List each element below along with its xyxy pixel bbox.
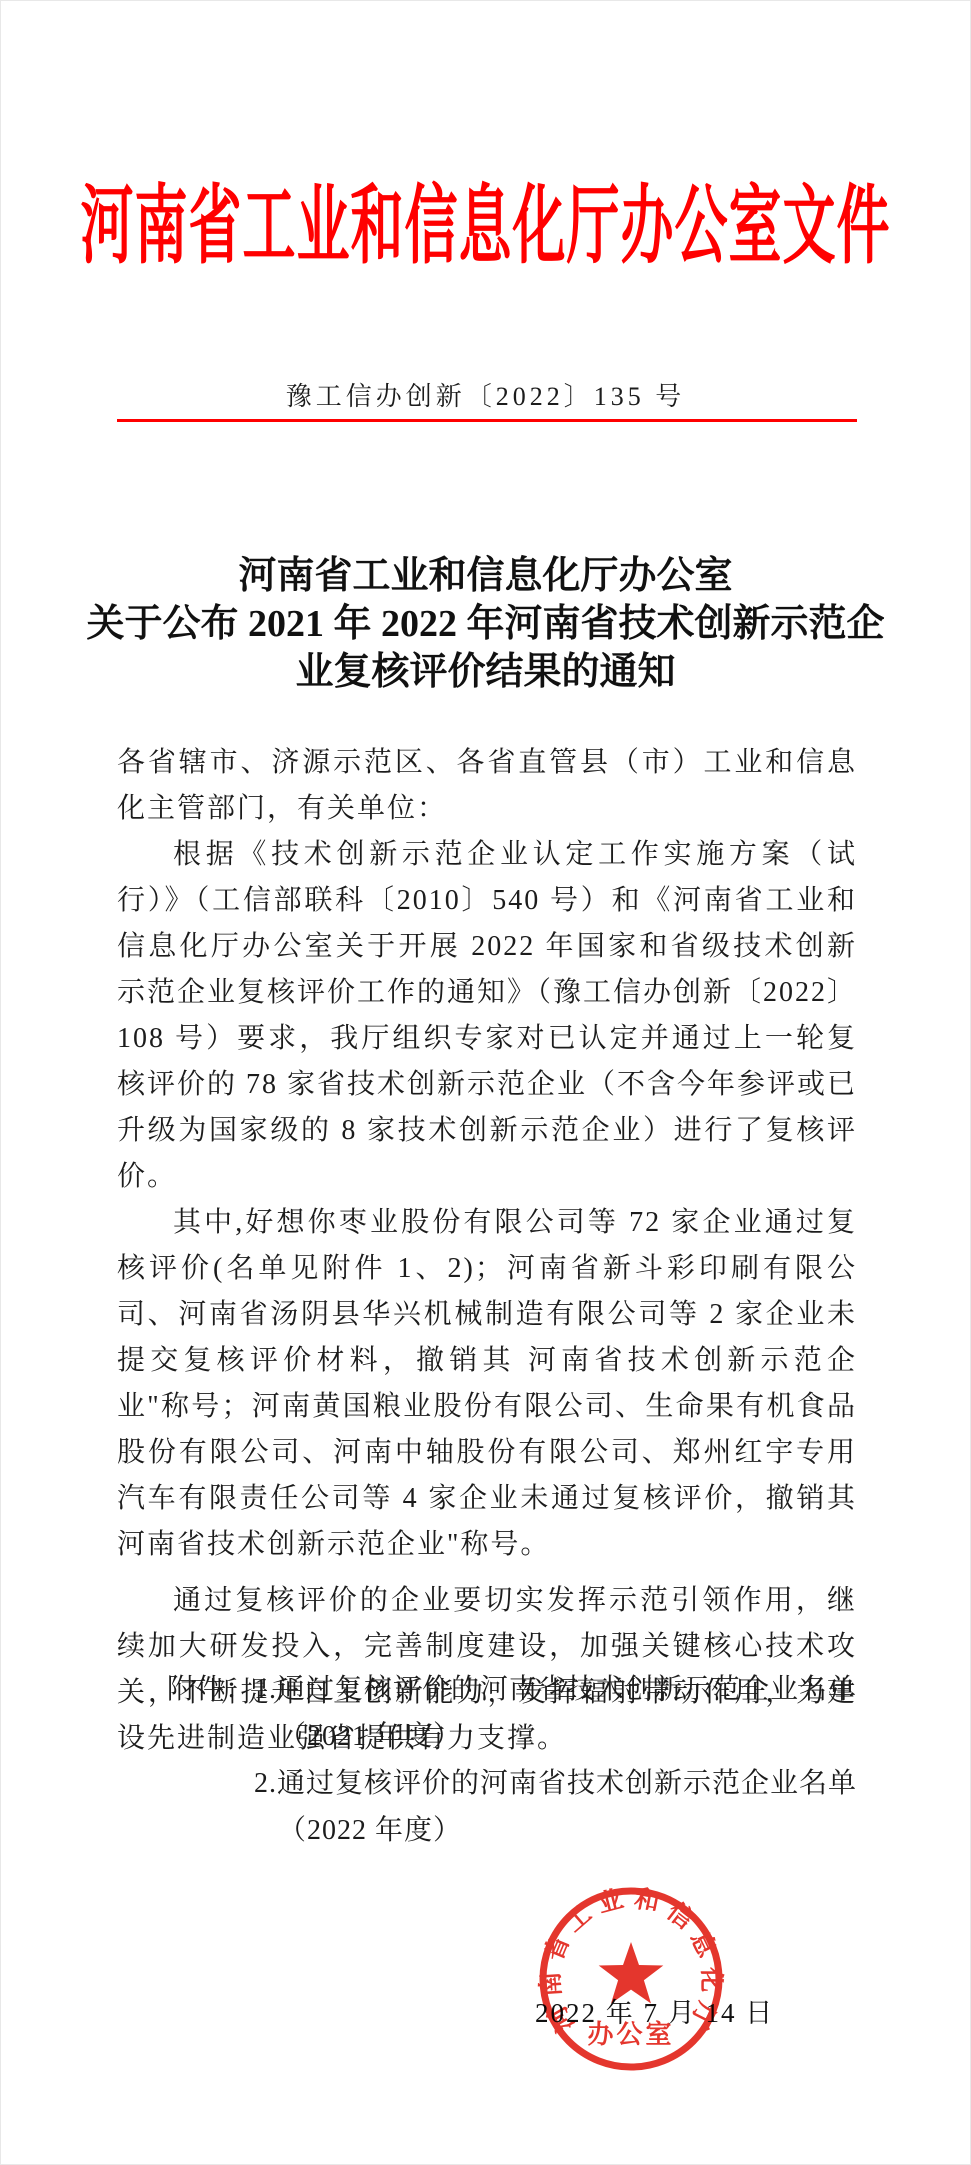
attachments-list: 1.通过复核评价的河南省技术创新示范企业名单（2021 年度） 2.通过复核评价… [254,1666,867,1854]
red-divider-line [117,419,857,422]
salutation: 各省辖市、济源示范区、各省直管县（市）工业和信息化主管部门，有关单位： [117,740,857,832]
document-title-line-3: 业复核评价结果的通知 [50,648,921,696]
body-paragraph-2: 其中,好想你枣业股份有限公司等 72 家企业通过复核评价(名单见附件 1、2)；… [117,1200,857,1568]
attachments-block: 附件： 1.通过复核评价的河南省技术创新示范企业名单（2021 年度） 2.通过… [167,1666,867,1854]
attachments-label: 附件： [167,1666,254,1713]
document-number: 豫工信办创新〔2022〕135 号 [0,376,971,413]
document-title: 河南省工业和信息化厅办公室 关于公布 2021 年 2022 年河南省技术创新示… [50,552,921,696]
seal-bottom-text: 办公室 [587,2020,674,2049]
body-paragraph-1: 根据《技术创新示范企业认定工作实施方案（试行）》（工信部联科〔2010〕540 … [117,832,857,1200]
document-title-line-2: 关于公布 2021 年 2022 年河南省技术创新示范企 [50,600,921,648]
document-title-line-1: 河南省工业和信息化厅办公室 [50,552,921,600]
star-icon [599,1942,664,2004]
document-body: 各省辖市、济源示范区、各省直管县（市）工业和信息化主管部门，有关单位： 根据《技… [117,740,857,1762]
attachment-item-1: 1.通过复核评价的河南省技术创新示范企业名单（2021 年度） [254,1666,867,1760]
document-page: 河南省工业和信息化厅办公室文件 豫工信办创新〔2022〕135 号 河南省工业和… [0,0,971,2165]
red-header-title: 河南省工业和信息化厅办公室文件 [0,158,971,281]
official-seal: 河南省工业和信息化厅 办公室 [535,1883,727,2075]
attachment-item-2: 2.通过复核评价的河南省技术创新示范企业名单（2022 年度） [254,1760,867,1854]
